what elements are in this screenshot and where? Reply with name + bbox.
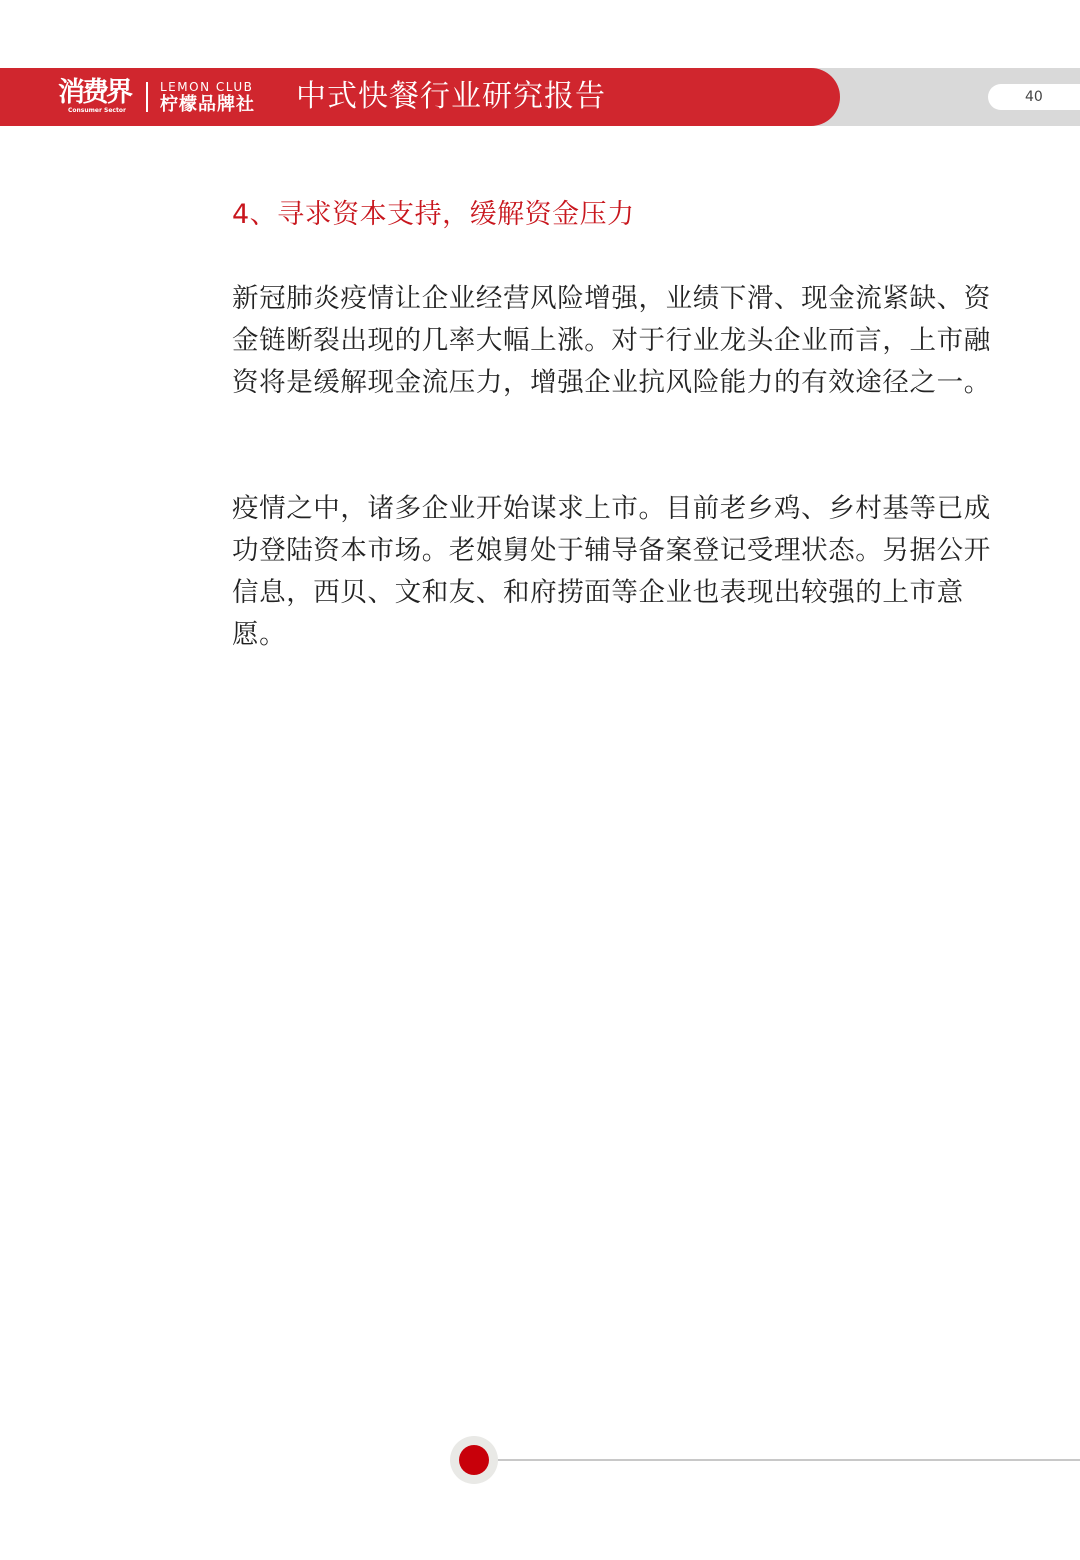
body-paragraph: 疫情之中，诸多企业开始谋求上市。目前老乡鸡、乡村基等已成功登陆资本市场。老娘舅处… xyxy=(232,488,1012,656)
brand-logo: 消费界 Consumer Sector LEMON CLUB 柠檬品牌社 xyxy=(58,76,255,118)
logo-primary-cn: 消费界 xyxy=(58,76,138,110)
footer-red-dot-icon xyxy=(459,1445,489,1475)
section-heading: 4、寻求资本支持，缓解资金压力 xyxy=(232,195,635,235)
report-title: 中式快餐行业研究报告 xyxy=(296,76,606,118)
consumer-sector-logo: 消费界 Consumer Sector xyxy=(58,76,138,118)
logo-divider xyxy=(146,82,148,112)
body-paragraph: 新冠肺炎疫情让企业经营风险增强，业绩下滑、现金流紧缺、资金链断裂出现的几率大幅上… xyxy=(232,278,1012,404)
page-number-badge: 40 xyxy=(988,84,1080,110)
logo-primary-en: Consumer Sector xyxy=(68,107,126,114)
logo-secondary-cn: 柠檬品牌社 xyxy=(160,96,255,114)
page-number: 40 xyxy=(1025,84,1043,110)
footer-divider-line xyxy=(495,1459,1080,1461)
logo-secondary-en: LEMON CLUB xyxy=(160,81,255,93)
lemon-club-logo: LEMON CLUB 柠檬品牌社 xyxy=(160,81,255,114)
